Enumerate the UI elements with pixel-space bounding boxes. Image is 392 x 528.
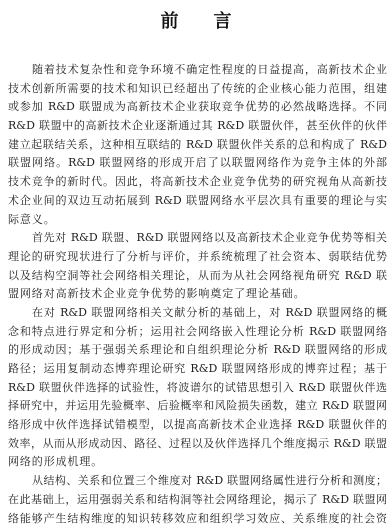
title-char-1: 前 bbox=[161, 7, 179, 33]
paragraph-1-line: 联盟网络。R&D 联盟网络的形成开启了以联盟网络作为竞争主体的外部 bbox=[8, 154, 387, 173]
paragraph-3-line: R&D 联盟伙伴选择的试验性，将波谱尔的试错思想引入 R&D 联盟伙伴选 bbox=[8, 379, 387, 398]
paragraph-2-line: 首先对 R&D 联盟、R&D 联盟网络以及高新技术企业竞争优势等相关 bbox=[8, 229, 387, 248]
paragraph-4-line: 络能够产生结构维度的知识转移效应和组织学习效应、关系维度的社会资 bbox=[8, 510, 387, 528]
document-page: 前 言 随着技术复杂性和竞争环境不确定性程度的日益提高，高新技术企业 技术创新所… bbox=[0, 0, 392, 528]
paragraph-2-line: 理论的研究现状进行了分析与评价，并系统梳理了社会资本、弱联结优势 bbox=[8, 248, 387, 267]
paragraph-3-line: 念和特点进行界定和分析；运用社会网络嵌入性理论分析 R&D 联盟网络 bbox=[8, 323, 387, 342]
paragraph-3-line: 在对 R&D 联盟网络相关文献分析的基础上，对 R&D 联盟网络的概 bbox=[8, 304, 387, 323]
paragraph-4-line: 从结构、关系和位置三个维度对 R&D 联盟网络属性进行分析和测度； bbox=[8, 472, 387, 491]
paragraph-1-line: 随着技术复杂性和竞争环境不确定性程度的日益提高，高新技术企业 bbox=[8, 61, 387, 80]
paragraph-4-line: 在此基础上，运用强弱关系和结构洞等社会网络理论，揭示了 R&D 联盟网 bbox=[8, 491, 387, 510]
paragraph-1-line: 术企业间的双边互动拓展到 R&D 联盟网络水平层次具有重要的理论与实 bbox=[8, 192, 387, 211]
paragraph-1-line: 际意义。 bbox=[8, 211, 387, 230]
paragraph-3-line: 网络的形成机理。 bbox=[8, 453, 387, 472]
paragraph-2-line: 以及结构空洞等社会网络相关理论，从而为从社会网络视角研究 R&D 联 bbox=[8, 267, 387, 286]
paragraph-3-line: 的形成动因；基于强弱关系理论和自组织理论分析 R&D 联盟网络的形成 bbox=[8, 341, 387, 360]
paragraph-1-line: R&D 联盟中的高新技术企业逐渐通过其 R&D 联盟伙伴，甚至伙伴的伙伴 bbox=[8, 117, 387, 136]
paragraph-1-line: 技术创新所需要的技术和知识已经超出了传统的企业核心能力范围，组建 bbox=[8, 80, 387, 99]
title-char-2: 言 bbox=[214, 7, 232, 33]
paragraph-3-line: 择研究中，并运用先验概率、后验概率和风险损失函数，建立 R&D 联盟网 bbox=[8, 397, 387, 416]
paragraph-3-line: 效率，从而从形成动因、路径、过程以及伙伴选择几个维度揭示 R&D 联盟 bbox=[8, 435, 387, 454]
paragraph-1-line: 技术竞争的新时代。因此，将高新技术企业竞争优势的研究视角从高新技 bbox=[8, 173, 387, 192]
paragraph-2-line: 盟网络对高新技术企业竞争优势的影响奠定了理论基础。 bbox=[8, 285, 387, 304]
paragraph-1-line: 或参加 R&D 联盟成为高新技术企业获取竞争优势的必然战略选择。不同 bbox=[8, 98, 387, 117]
paragraph-3-line: 络形成中伙伴选择试错模型，以提高高新技术企业选择 R&D 联盟伙伴的 bbox=[8, 416, 387, 435]
body-text: 随着技术复杂性和竞争环境不确定性程度的日益提高，高新技术企业 技术创新所需要的技… bbox=[8, 61, 387, 528]
paragraph-3-line: 路径；运用复制动态博弈理论研究 R&D 联盟网络形成的博弈过程；基于 bbox=[8, 360, 387, 379]
paragraph-1-line: 建立起联结关系，这种相互联结的 R&D 联盟伙伴关系的总和构成了 R&D bbox=[8, 136, 387, 155]
page-title: 前 言 bbox=[0, 6, 392, 34]
